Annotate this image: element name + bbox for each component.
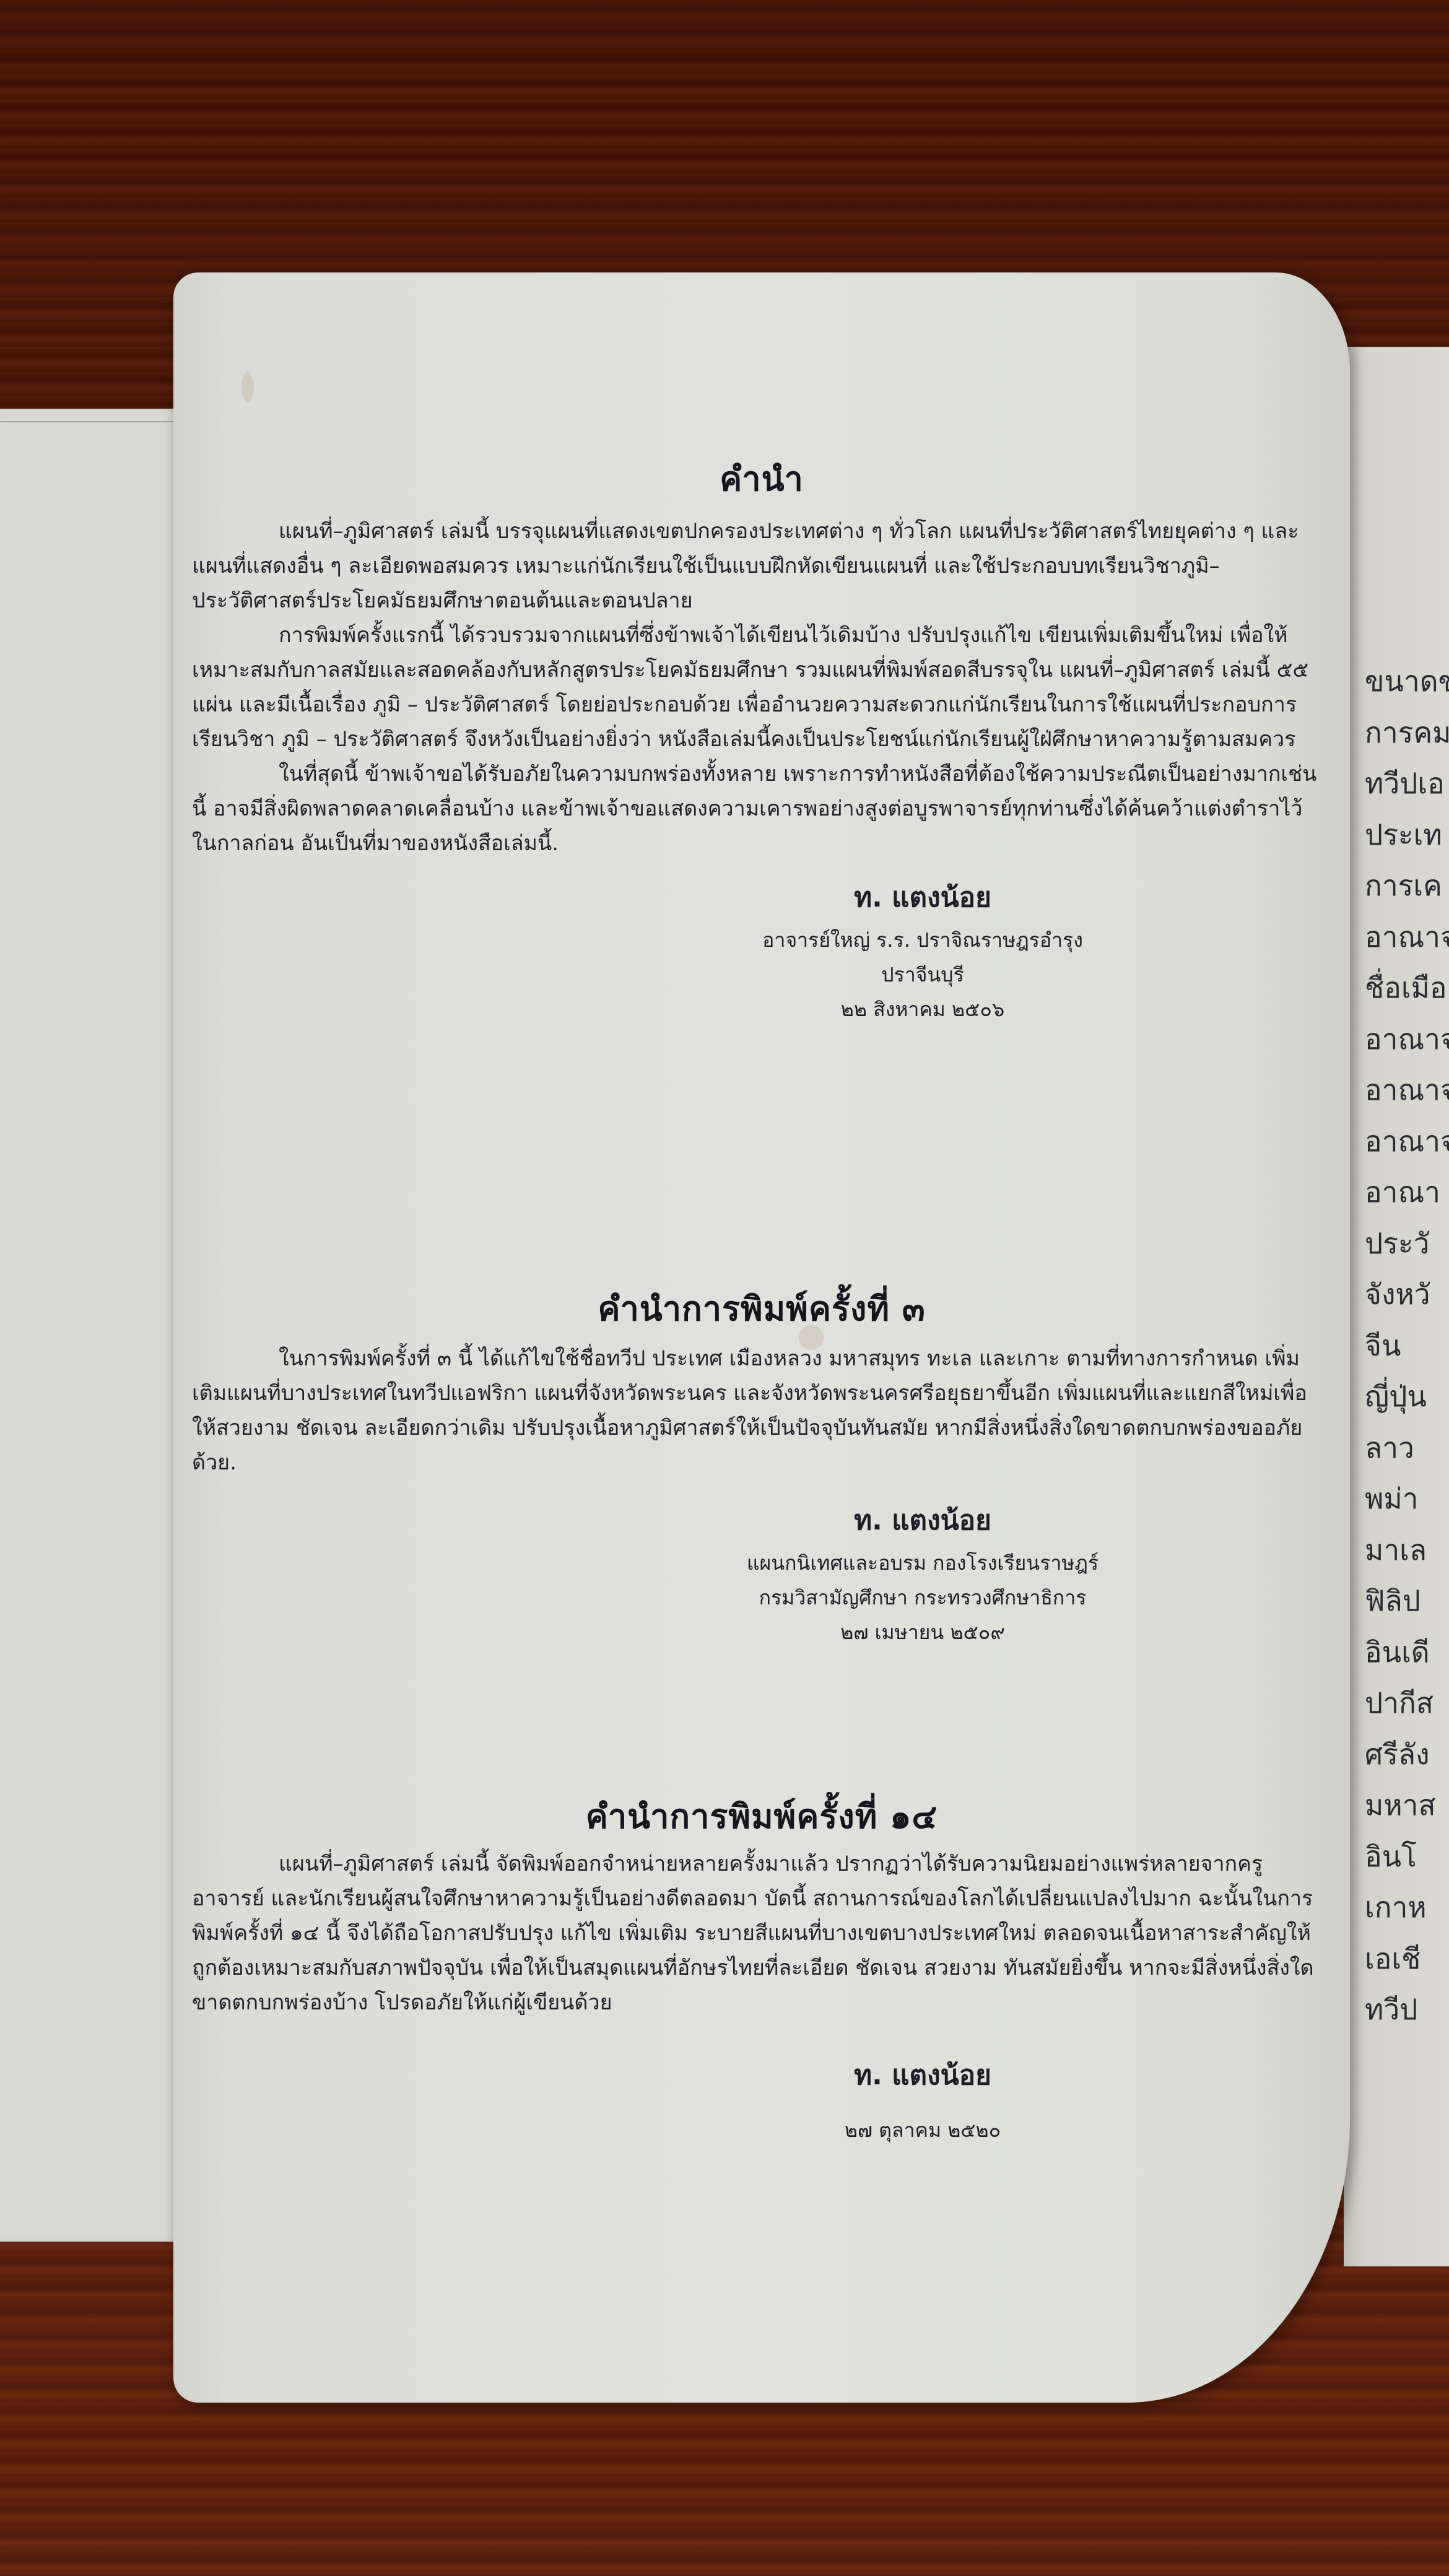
fragment-line: อินโ xyxy=(1365,1832,1449,1883)
signature-block: ท. แตงน้อย ๒๗ ตุลาคม ๒๕๒๐ xyxy=(173,2051,1350,2147)
signature-date: ๒๒ สิงหาคม ๒๕๐๖ xyxy=(495,992,1350,1027)
fragment-line: อาณา xyxy=(1365,1167,1449,1219)
fragment-line: อินเดี xyxy=(1365,1627,1449,1679)
fragment-line: ปากีส xyxy=(1365,1678,1449,1730)
author-department: กรมวิสามัญศึกษา กระทรวงศึกษาธิการ xyxy=(495,1580,1350,1615)
fragment-line: ลาว xyxy=(1365,1423,1449,1474)
fragment-line: ขนาดข xyxy=(1365,656,1449,708)
fragment-line: มาเล xyxy=(1365,1525,1449,1577)
fragment-line: การคม xyxy=(1365,708,1449,759)
fragment-line: ทวีปเอ xyxy=(1365,759,1449,810)
fragment-line: ชื่อเมือ xyxy=(1365,963,1449,1014)
preface-page: คำนำ แผนที่–ภูมิศาสตร์ เล่มนี้ บรรจุแผนท… xyxy=(173,272,1350,2403)
fragment-line: การเค xyxy=(1365,861,1449,912)
preface-paragraph: ในที่สุดนี้ ข้าพเจ้าขอได้รับอภัยในความบก… xyxy=(173,757,1350,861)
fragment-line: ศรีลัง xyxy=(1365,1730,1449,1781)
signature-date: ๒๗ เมษายน ๒๕๐๙ xyxy=(495,1615,1350,1650)
signature-date: ๒๗ ตุลาคม ๒๕๒๐ xyxy=(495,2113,1350,2147)
author-position: อาจารย์ใหญ่ ร.ร. ปราจิณราษฎรอำรุง xyxy=(495,923,1350,957)
fragment-line: เอเชี xyxy=(1365,1934,1449,1985)
preface-paragraph: ในการพิมพ์ครั้งที่ ๓ นี้ ได้แก้ไขใช้ชื่อ… xyxy=(173,1341,1350,1480)
fragment-line: อาณาจ xyxy=(1365,1116,1449,1168)
fragment-line: อาณาจ xyxy=(1365,1065,1449,1116)
paper-stain xyxy=(241,372,254,402)
preface-third-printing: คำนำการพิมพ์ครั้งที่ ๓ ในการพิมพ์ครั้งที… xyxy=(173,1282,1350,1650)
preface-title: คำนำ xyxy=(173,452,1350,505)
author-place: ปราจีนบุรี xyxy=(495,957,1350,992)
fragment-line: ฟิลิป xyxy=(1365,1576,1449,1627)
author-name: ท. แตงน้อย xyxy=(495,1496,1350,1546)
fragment-line: ประวั xyxy=(1365,1219,1449,1270)
preface-fourteenth-printing: คำนำการพิมพ์ครั้งที่ ๑๔ แผนที่–ภูมิศาสตร… xyxy=(173,1790,1350,2147)
fragment-line: อาณาจ xyxy=(1365,912,1449,964)
author-position: แผนกนิเทศและอบรม กองโรงเรียนราษฎร์ xyxy=(495,1546,1350,1580)
cover-crease xyxy=(0,421,180,422)
preface-title: คำนำการพิมพ์ครั้งที่ ๑๔ xyxy=(173,1790,1350,1843)
signature-block: ท. แตงน้อย แผนกนิเทศและอบรม กองโรงเรียนร… xyxy=(173,1496,1350,1650)
fragment-line: มหาส xyxy=(1365,1780,1449,1832)
fragment-line: จีน xyxy=(1365,1321,1449,1372)
author-name: ท. แตงน้อย xyxy=(495,2051,1350,2100)
fragment-line: ญี่ปุ่น xyxy=(1365,1372,1449,1423)
preface-original: คำนำ แผนที่–ภูมิศาสตร์ เล่มนี้ บรรจุแผนท… xyxy=(173,452,1350,1027)
preface-title: คำนำการพิมพ์ครั้งที่ ๓ xyxy=(173,1282,1350,1335)
preface-paragraph: แผนที่–ภูมิศาสตร์ เล่มนี้ บรรจุแผนที่แสด… xyxy=(173,514,1350,618)
signature-block: ท. แตงน้อย อาจารย์ใหญ่ ร.ร. ปราจิณราษฎรอ… xyxy=(173,873,1350,1027)
fragment-line: ทวีป xyxy=(1365,1985,1449,2036)
preface-paragraph: แผนที่–ภูมิศาสตร์ เล่มนี้ จัดพิมพ์ออกจำห… xyxy=(173,1847,1350,2020)
author-name: ท. แตงน้อย xyxy=(495,873,1350,923)
fragment-line: จังหวั xyxy=(1365,1269,1449,1321)
fragment-line: ประเท xyxy=(1365,810,1449,861)
fragment-line: อาณาจ xyxy=(1365,1014,1449,1066)
book-cover-left-edge xyxy=(0,409,181,2242)
fragment-line: เกาห xyxy=(1365,1882,1449,1934)
adjacent-page-right: ขนาดข การคม ทวีปเอ ประเท การเค อาณาจ ชื่… xyxy=(1344,347,1449,2266)
fragment-line: พม่า xyxy=(1365,1474,1449,1525)
adjacent-page-text: ขนาดข การคม ทวีปเอ ประเท การเค อาณาจ ชื่… xyxy=(1365,656,1449,2036)
preface-paragraph: การพิมพ์ครั้งแรกนี้ ได้รวบรวมจากแผนที่ซึ… xyxy=(173,618,1350,757)
